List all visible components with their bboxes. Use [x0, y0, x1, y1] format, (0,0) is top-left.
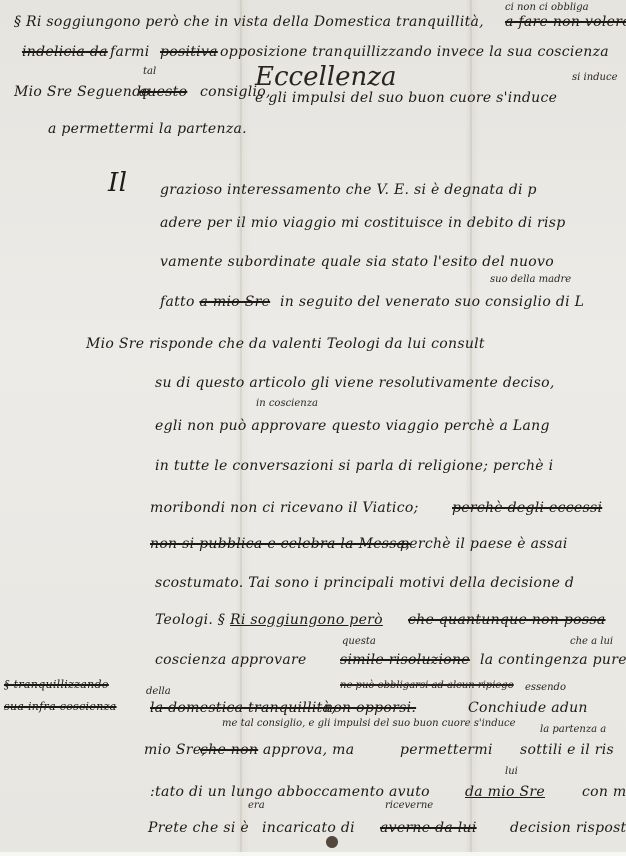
manuscript-line: non si pubblica e celebra la Messa, — [150, 536, 410, 552]
manuscript-line: farmi — [110, 44, 149, 60]
manuscript-line: sottili e il ris — [520, 742, 614, 758]
interlinear-insertion: me tal consiglio, e gli impulsi del suo … — [222, 718, 516, 729]
interlinear-insertion: tal — [143, 66, 156, 77]
manuscript-line: che non approva, ma — [200, 742, 354, 758]
manuscript-line: coscienza approvare — [155, 652, 307, 668]
interlinear-insertion: che a lui — [570, 636, 613, 647]
manuscript-line: :tato di un lungo abboccamento avuto — [150, 784, 430, 800]
interlinear-insertion: Eccellenza — [255, 62, 396, 92]
ink-stain — [326, 836, 338, 848]
manuscript-line: la contingenza pure — [480, 652, 626, 668]
manuscript-line: mio Sre, — [144, 742, 206, 758]
manuscript-line: fatto a mio Sre — [160, 294, 270, 310]
manuscript-line: a fare non volere — [505, 14, 626, 30]
interlinear-insertion: suo della madre — [490, 274, 571, 285]
manuscript-line: indelicia da — [22, 44, 108, 60]
manuscript-line: decision risposte — [510, 820, 626, 836]
manuscript-page: § Ri soggiungono però che in vista della… — [0, 0, 626, 856]
manuscript-line: non opporsi. — [324, 700, 416, 716]
manuscript-line: perchè degli eccessi — [452, 500, 602, 516]
manuscript-line: e gli impulsi del suo buon cuore s'induc… — [255, 90, 557, 106]
manuscript-line: Conchiude adun — [468, 700, 588, 716]
interlinear-insertion: si induce — [572, 72, 618, 83]
manuscript-line: Teologi. § — [155, 612, 225, 628]
manuscript-line: adere per il mio viaggio mi costituisce … — [160, 215, 566, 231]
interlinear-insertion: era — [248, 800, 265, 811]
interlinear-insertion: lui — [505, 766, 518, 777]
manuscript-line: con mi — [582, 784, 626, 800]
manuscript-line: permettermi — [400, 742, 493, 758]
manuscript-line: Ri soggiungono però — [230, 612, 383, 628]
manuscript-line: moribondi non ci ricevano il Viatico; — [150, 500, 419, 516]
manuscript-line: positiva — [160, 44, 218, 60]
manuscript-line: vamente subordinate quale sia stato l'es… — [160, 254, 554, 270]
interlinear-insertion: riceverne — [385, 800, 433, 811]
interlinear-insertion: essendo — [525, 682, 566, 693]
manuscript-line: questo — [138, 84, 187, 100]
interlinear-insertion: ci non ci obbliga — [505, 2, 589, 13]
manuscript-line: la domestica tranquillità, — [150, 700, 336, 716]
interlinear-insertion: della — [146, 686, 171, 697]
interlinear-insertion: la partenza a — [540, 724, 606, 735]
manuscript-line: Il — [108, 168, 127, 198]
manuscript-line: egli non può approvare questo viaggio pe… — [155, 418, 550, 434]
manuscript-line: a permettermi la partenza. — [48, 121, 247, 137]
interlinear-insertion: questa — [342, 636, 376, 647]
manuscript-line: su di questo articolo gli viene resoluti… — [155, 375, 555, 391]
manuscript-line: scostumato. Tai sono i principali motivi… — [155, 575, 574, 591]
interlinear-insertion: in coscienza — [256, 398, 318, 409]
margin-note: § tranquillizzando — [4, 678, 109, 691]
manuscript-line: Prete che si è — [148, 820, 249, 836]
manuscript-line: grazioso interessamento che V. E. si è d… — [160, 182, 537, 198]
manuscript-line: averne da lui — [380, 820, 477, 836]
manuscript-line: in tutte le conversazioni si parla di re… — [155, 458, 553, 474]
manuscript-line: simile risoluzione — [340, 652, 470, 668]
manuscript-line: § Ri soggiungono però che in vista della… — [14, 14, 484, 30]
manuscript-line: Mio Sre risponde che da valenti Teologi … — [86, 336, 485, 352]
manuscript-line: perchè il paese è assai — [400, 536, 568, 552]
manuscript-line: da mio Sre — [465, 784, 545, 800]
interlinear-insertion: ne può obbligarsi ad alcun ripiego — [340, 680, 514, 691]
manuscript-line: Mio Sre Seguendo — [14, 84, 150, 100]
manuscript-line: in seguito del venerato suo consiglio di… — [280, 294, 584, 310]
manuscript-line: incaricato di — [262, 820, 355, 836]
margin-note: sua infra coscienza — [4, 700, 117, 713]
manuscript-line: che quantunque non possa — [408, 612, 606, 628]
manuscript-line: opposizione tranquillizzando invece la s… — [220, 44, 609, 60]
